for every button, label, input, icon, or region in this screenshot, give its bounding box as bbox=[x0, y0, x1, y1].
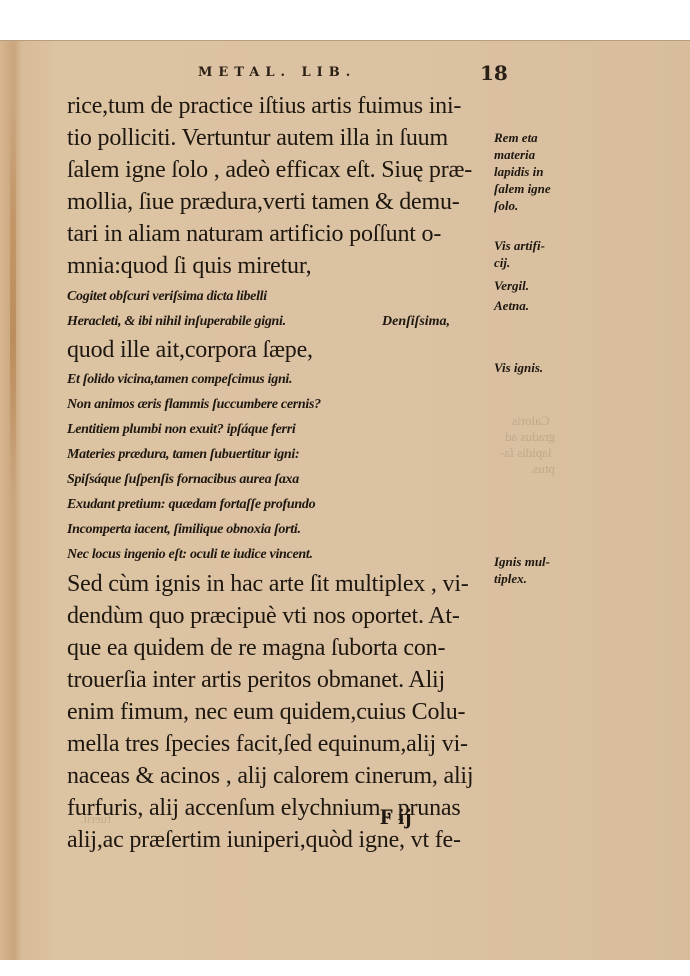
text-line: tari in aliam naturam artificio poſſunt … bbox=[67, 221, 441, 248]
text-line: tio polliciti. Vertuntur autem illa in ſ… bbox=[67, 125, 448, 152]
verse-line: Nec locus ingenio eſt: oculi te iudice v… bbox=[67, 547, 313, 563]
text-line: dendùm quo præcipuè vti nos oportet. At- bbox=[67, 603, 460, 630]
verse-line: Spiſsáque ſuſpenſis fornacibus aurea ſax… bbox=[67, 472, 299, 488]
text-line: Sed cùm ignis in hac arte ſit multiplex … bbox=[67, 571, 469, 598]
bleed-through-text: Caloris bbox=[512, 413, 550, 429]
marginal-note-line: lapidis in bbox=[494, 163, 551, 180]
text-line: mollia, ſiue prædura,verti tamen & demu- bbox=[67, 189, 460, 216]
marginal-note-line: Vis artifi- bbox=[494, 237, 545, 254]
verse-line: Exudant pretium: quædam fortaſſe profund… bbox=[67, 497, 315, 513]
text-line: mella tres ſpecies facit,ſed equinum,ali… bbox=[67, 731, 468, 758]
text-line: que ea quidem de re magna ſuborta con- bbox=[67, 635, 445, 662]
text-line: rice,tum de practice iſtius artis fuimus… bbox=[67, 93, 461, 120]
book-page: METAL. LIB. 18 rice,tum de practice iſti… bbox=[0, 40, 690, 960]
marginal-note-line: Vis ignis. bbox=[494, 359, 543, 376]
running-head-title: METAL. LIB. bbox=[198, 65, 356, 80]
text-line: quod ille ait,corpora ſæpe, bbox=[67, 337, 313, 364]
text-line: enim fimum, nec eum quidem,cuius Colu- bbox=[67, 699, 465, 726]
verse-line: Incomperta iacent, ſimilique obnoxia ſor… bbox=[67, 522, 301, 538]
marginal-note-line: ſolo. bbox=[494, 197, 551, 214]
text-line: trouerſia inter artis peritos obmanet. A… bbox=[67, 667, 445, 694]
verse-line: Non animos æris flammis ſuccumbere cerni… bbox=[67, 397, 321, 413]
bleed-through-text: ptus. bbox=[530, 461, 555, 477]
verse-line: Et ſolido vicina,tamen compeſcimus igni. bbox=[67, 372, 292, 388]
marginal-note-line: Vergil. bbox=[494, 277, 529, 294]
signature-mark: F ij bbox=[380, 804, 412, 830]
marginal-note-line: Ignis mul- bbox=[494, 553, 550, 570]
marginal-note-line: cij. bbox=[494, 254, 545, 271]
marginal-note: Vis ignis. bbox=[494, 359, 543, 376]
marginal-note-line: materia bbox=[494, 146, 551, 163]
marginal-note: Rem etamaterialapidis inſalem igneſolo. bbox=[494, 129, 551, 214]
verse-line: Materies prædura, tamen ſubuertitur igni… bbox=[67, 447, 299, 463]
verse-line: Heracleti, & ibi nihil inſuperabile gign… bbox=[67, 314, 286, 330]
verse-line: Cogitet obſcuri veriſsima dicta libelli bbox=[67, 289, 267, 305]
text-line: alij,ac præſertim iuniperi,quòd igne, vt… bbox=[67, 827, 461, 854]
marginal-note: Vergil. bbox=[494, 277, 529, 294]
bleed-through-text: lapidis ſa- bbox=[500, 445, 552, 461]
bleed-through-text: gradus ad bbox=[505, 429, 555, 445]
marginal-note-line: Rem eta bbox=[494, 129, 551, 146]
marginal-note: Vis artifi-cij. bbox=[494, 237, 545, 271]
text-line: ſalem igne ſolo , adeò efficax eſt. Siuę… bbox=[67, 157, 472, 184]
text-line: naceas & acinos , alij calorem cinerum, … bbox=[67, 763, 473, 790]
inline-note: Denſiſsima, bbox=[382, 314, 450, 330]
marginal-note-line: tiplex. bbox=[494, 570, 550, 587]
verse-line: Lentitiem plumbi non exuit? ipſáque ferr… bbox=[67, 422, 295, 438]
marginal-note-line: Aetna. bbox=[494, 297, 529, 314]
marginal-note-line: ſalem igne bbox=[494, 180, 551, 197]
marginal-note: Aetna. bbox=[494, 297, 529, 314]
bleed-through-text: fuerit. bbox=[80, 811, 111, 827]
page-number: 18 bbox=[480, 61, 508, 85]
text-line: mnia:quod ſi quis miretur, bbox=[67, 253, 311, 280]
marginal-note: Ignis mul-tiplex. bbox=[494, 553, 550, 587]
